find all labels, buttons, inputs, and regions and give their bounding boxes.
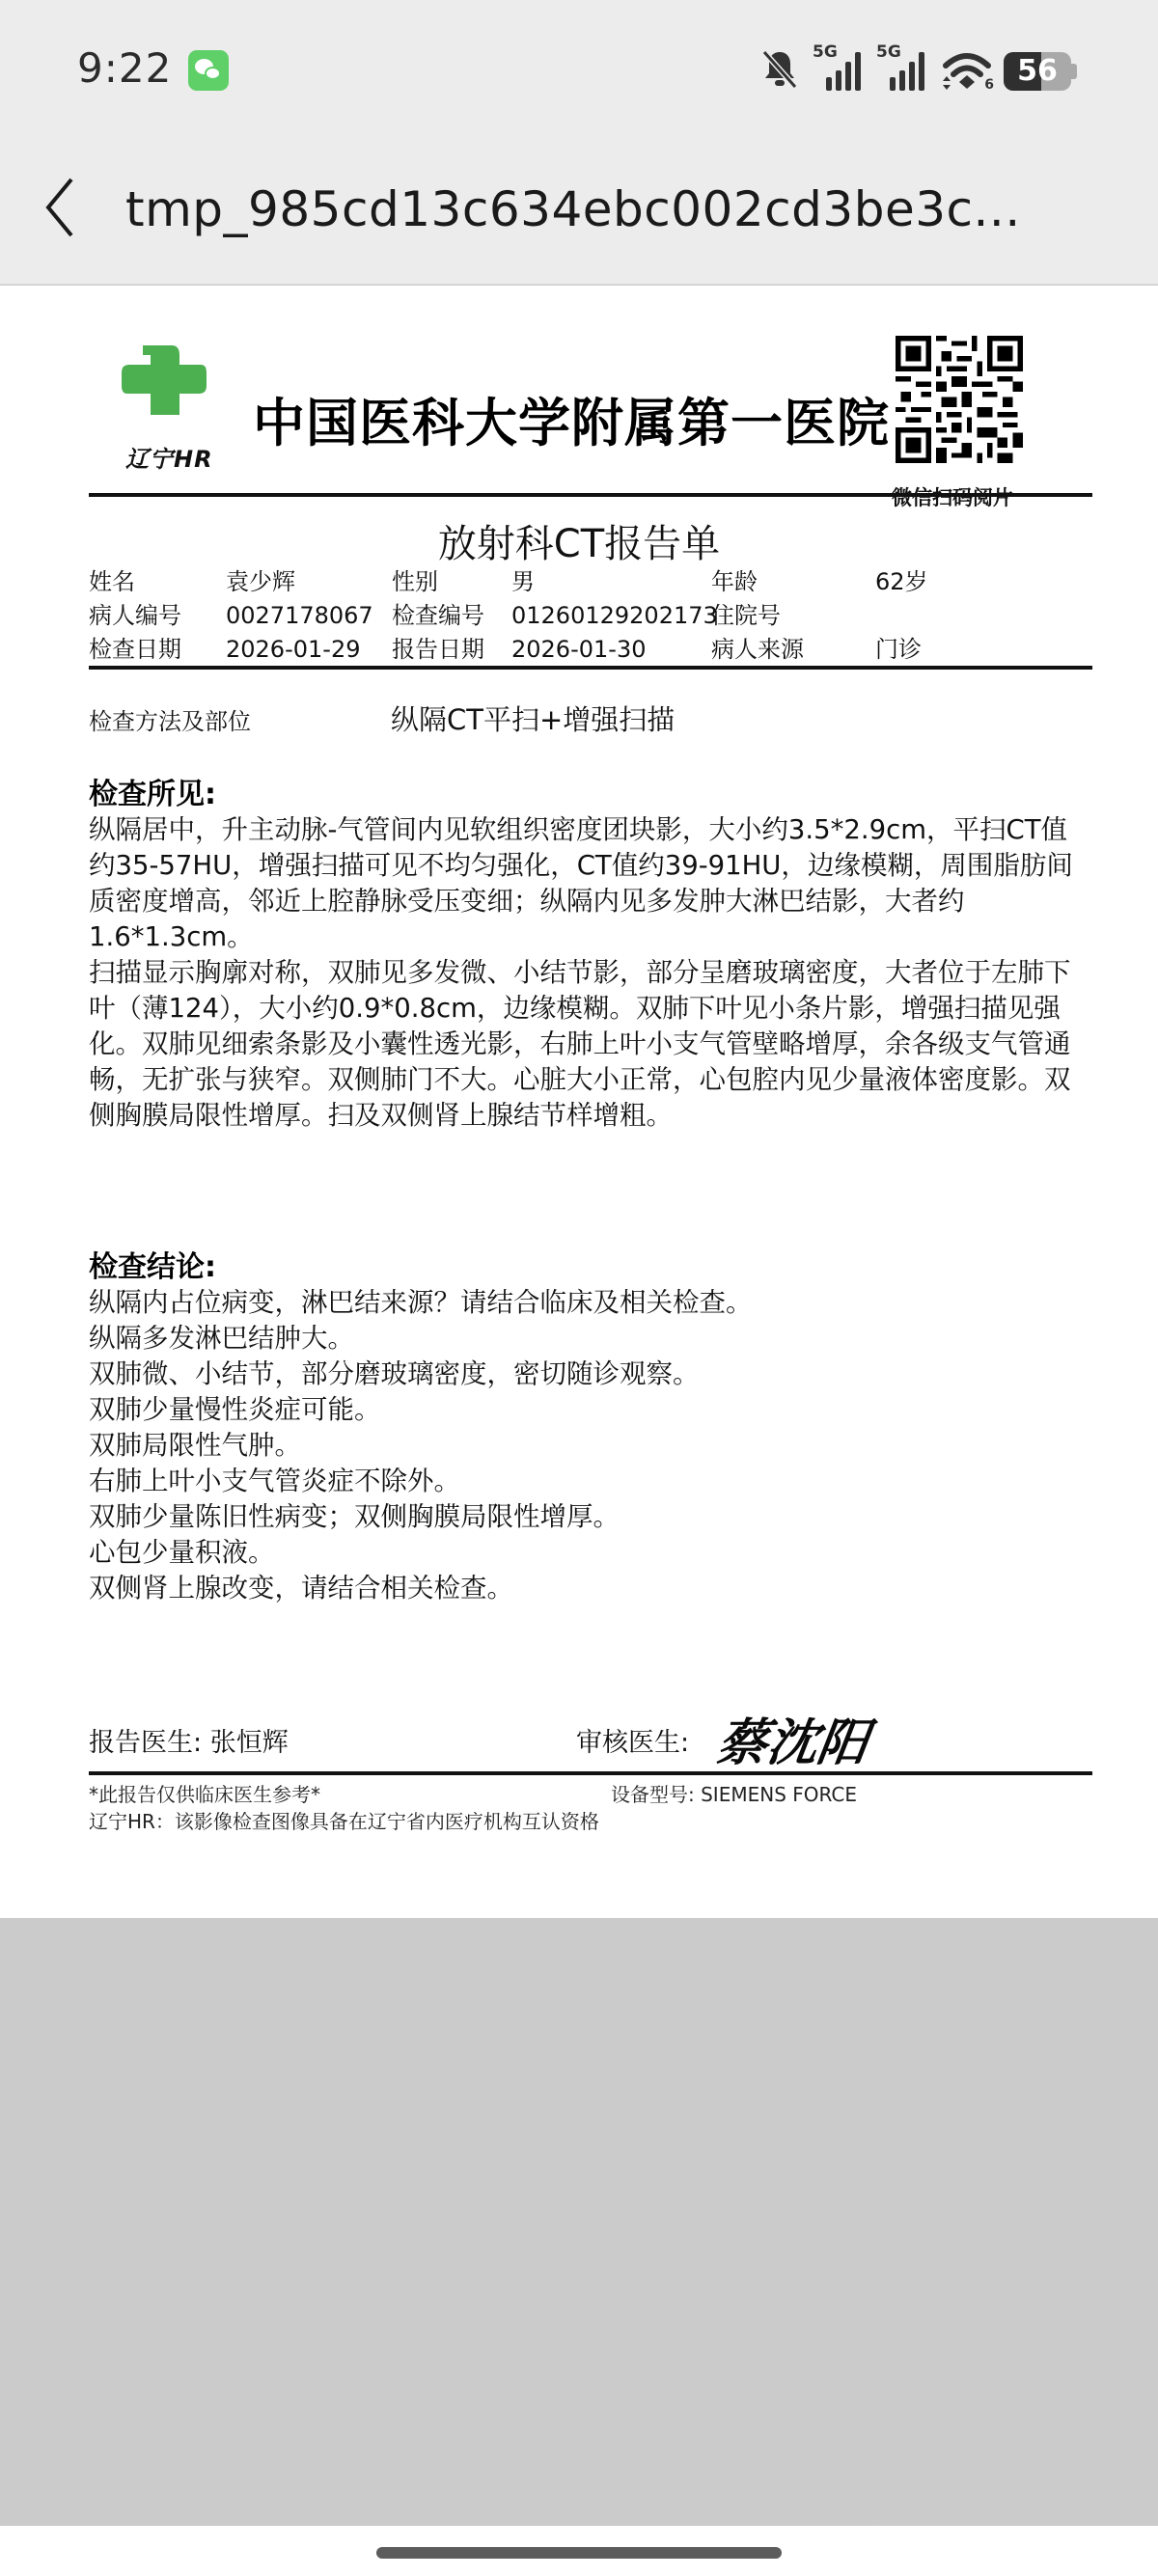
conclusion-item: 心包少量积液。 xyxy=(89,1535,1092,1571)
exam-method-label: 检查方法及部位 xyxy=(89,702,251,736)
logo-text: 辽宁HR xyxy=(125,440,213,474)
back-button[interactable] xyxy=(37,174,85,241)
conclusion-item: 双肺微、小结节，部分磨玻璃密度，密切随诊观察。 xyxy=(89,1357,1092,1392)
device-value: SIEMENS FORCE xyxy=(701,1783,857,1806)
qr-code-icon[interactable] xyxy=(895,336,1024,463)
findings-paragraph: 扫描显示胸廓对称，双肺见多发微、小结节影，部分呈磨玻璃密度，大者位于左肺下叶（薄… xyxy=(89,955,1092,1134)
exam-method-value: 纵隔CT平扫+增强扫描 xyxy=(391,699,675,738)
file-title: tmp_985cd13c634ebc002cd3be3c... xyxy=(125,181,1021,237)
report-document: 辽宁HR 中国医科大学附属第一医院 微信扫码阅片 放射科CT报告单 xyxy=(0,286,1158,1918)
signal-5g-sim2-icon: 5G xyxy=(876,46,930,93)
hospital-name: 中国医科大学附属第一医院 xyxy=(253,382,890,456)
info-row: 姓名 袁少辉 性别 男 年龄 62岁 xyxy=(89,565,1092,599)
reporting-doctor-label: 报告医生: xyxy=(89,1728,202,1758)
value-patient-id: 0027178067 xyxy=(226,599,373,633)
label-exam-id: 检查编号 xyxy=(392,599,484,633)
battery-icon: 56 xyxy=(1004,52,1071,91)
report-title: 放射科CT报告单 xyxy=(0,513,1158,568)
hospital-cross-logo-icon xyxy=(118,342,210,419)
value-name: 袁少辉 xyxy=(226,565,295,599)
header-divider xyxy=(89,493,1092,497)
wechat-icon xyxy=(188,50,229,91)
qr-caption: 微信扫码阅片 xyxy=(892,482,1013,511)
wifi-6-icon: 6 xyxy=(940,46,994,93)
conclusion-item: 双肺少量陈旧性病变；双侧胸膜局限性增厚。 xyxy=(89,1499,1092,1535)
label-patient-source: 病人来源 xyxy=(711,633,804,667)
value-age: 62岁 xyxy=(875,565,928,599)
value-report-date: 2026-01-30 xyxy=(511,633,646,667)
signature-row: 报告医生: 张恒辉 审核医生: 蔡沈阳 xyxy=(89,1713,1092,1771)
status-icons: 5G 5G 6 56 xyxy=(757,44,1077,93)
label-gender: 性别 xyxy=(392,565,438,599)
findings-text: 纵隔居中，升主动脉-气管间内见软组织密度团块影，大小约3.5*2.9cm，平扫C… xyxy=(89,812,1092,1134)
footer-divider xyxy=(89,1771,1092,1775)
conclusion-title: 检查结论: xyxy=(89,1243,216,1285)
conclusion-item: 右肺上叶小支气管炎症不除外。 xyxy=(89,1464,1092,1499)
info-row: 检查日期 2026-01-29 报告日期 2026-01-30 病人来源 门诊 xyxy=(89,633,1092,667)
home-indicator[interactable] xyxy=(376,2547,782,2559)
conclusion-item: 纵隔多发淋巴结肿大。 xyxy=(89,1321,1092,1357)
conclusion-list: 纵隔内占位病变，淋巴结来源？请结合临床及相关检查。 纵隔多发淋巴结肿大。 双肺微… xyxy=(89,1285,1092,1606)
mute-icon xyxy=(757,46,803,93)
sim2-network-label: 5G xyxy=(876,42,901,62)
battery-level: 56 xyxy=(1004,54,1071,88)
findings-paragraph: 纵隔居中，升主动脉-气管间内见软组织密度团块影，大小约3.5*2.9cm，平扫C… xyxy=(89,812,1092,955)
info-divider xyxy=(89,666,1092,670)
sim1-network-label: 5G xyxy=(813,42,838,62)
chevron-left-icon xyxy=(37,174,85,241)
value-exam-date: 2026-01-29 xyxy=(226,633,360,667)
conclusion-item: 纵隔内占位病变，淋巴结来源？请结合临床及相关检查。 xyxy=(89,1285,1092,1321)
label-age: 年龄 xyxy=(711,565,758,599)
reviewer-signature: 蔡沈阳 xyxy=(713,1702,874,1774)
label-patient-id: 病人编号 xyxy=(89,599,181,633)
mutual-recognition-note: 辽宁HR：该影像检查图像具备在辽宁省内医疗机构互认资格 xyxy=(89,1806,599,1834)
device-model: 设备型号: SIEMENS FORCE xyxy=(611,1779,857,1807)
label-exam-date: 检查日期 xyxy=(89,633,181,667)
conclusion-item: 双肺局限性气肿。 xyxy=(89,1428,1092,1464)
device-label: 设备型号: xyxy=(611,1783,695,1806)
label-name: 姓名 xyxy=(89,565,135,599)
disclaimer: *此报告仅供临床医生参考* xyxy=(89,1779,320,1807)
reporting-doctor-name: 张恒辉 xyxy=(210,1728,289,1758)
value-exam-id: 01260129202173 xyxy=(511,599,718,633)
conclusion-item: 双侧肾上腺改变，请结合相关检查。 xyxy=(89,1571,1092,1606)
label-inpatient-no: 住院号 xyxy=(711,599,781,633)
reviewing-doctor-label: 审核医生: xyxy=(576,1721,689,1759)
wifi-standard-label: 6 xyxy=(984,77,994,93)
status-time: 9:22 xyxy=(77,44,172,92)
reporting-doctor: 报告医生: 张恒辉 xyxy=(89,1721,289,1759)
system-nav-bar xyxy=(0,2526,1158,2576)
value-patient-source: 门诊 xyxy=(875,633,922,667)
value-gender: 男 xyxy=(511,565,535,599)
info-row: 病人编号 0027178067 检查编号 01260129202173 住院号 xyxy=(89,599,1092,633)
app-header: 9:22 5G 5G 6 56 xyxy=(0,0,1158,285)
patient-info-table: 姓名 袁少辉 性别 男 年龄 62岁 病人编号 0027178067 检查编号 … xyxy=(89,565,1092,667)
label-report-date: 报告日期 xyxy=(392,633,484,667)
findings-title: 检查所见: xyxy=(89,770,216,812)
conclusion-item: 双肺少量慢性炎症可能。 xyxy=(89,1392,1092,1428)
signal-5g-sim1-icon: 5G xyxy=(813,46,867,93)
